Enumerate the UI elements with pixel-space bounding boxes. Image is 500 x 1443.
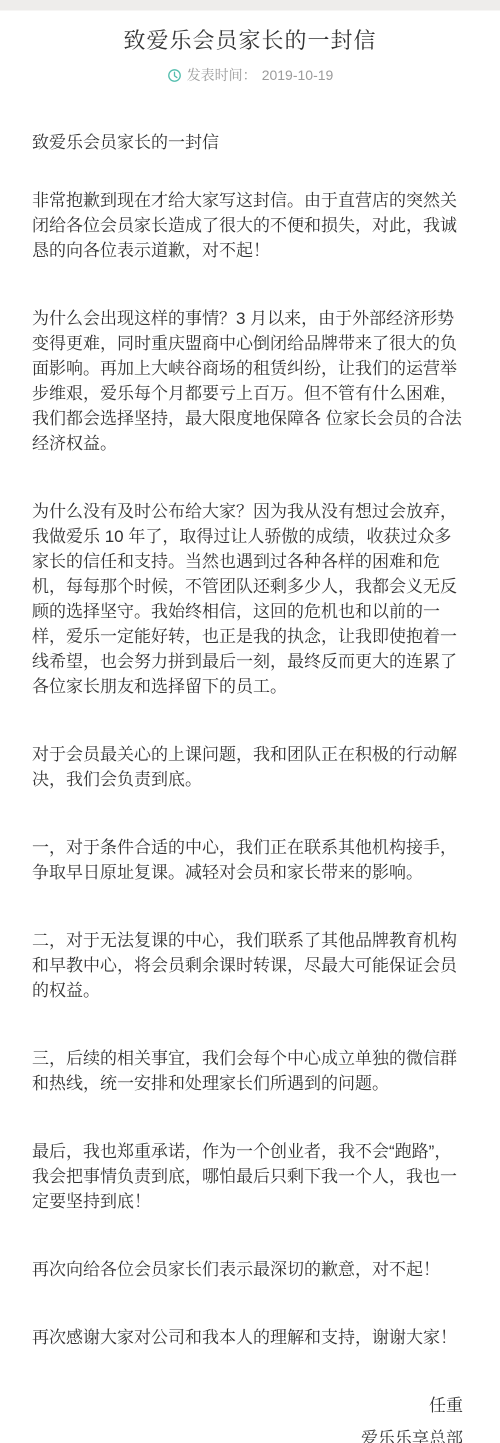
letter-paragraph: 最后，我也郑重承诺，作为一个创业者，我不会“跑路”，我会把事情负责到底，哪怕最后… bbox=[32, 1139, 463, 1214]
letter-paragraph: 对于会员最关心的上课问题，我和团队正在积极的行动解决，我们会负责到底。 bbox=[32, 742, 463, 792]
letter-paragraph: 为什么会出现这样的事情？3 月以来，由于外部经济形势变得更难，同时重庆盟商中心倒… bbox=[32, 306, 463, 456]
letter-paragraph: 一，对于条件合适的中心，我们正在联系其他机构接手，争取早日原址复课。减轻对会员和… bbox=[32, 835, 463, 885]
letter-paragraph: 非常抱歉到现在才给大家写这封信。由于直营店的突然关闭给各位会员家长造成了很大的不… bbox=[32, 188, 463, 263]
clock-icon bbox=[167, 68, 182, 83]
publish-meta: 发表时间： 2019-10-19 bbox=[0, 65, 500, 85]
letter-paragraph: 三，后续的相关事宜，我们会每个中心成立单独的微信群和热线，统一安排和处理家长们所… bbox=[32, 1046, 463, 1096]
letter-paragraph: 再次感谢大家对公司和我本人的理解和支持，谢谢大家！ bbox=[32, 1325, 463, 1350]
signature-org: 爱乐乐享总部 bbox=[32, 1426, 463, 1443]
signature-name: 任重 bbox=[32, 1393, 463, 1418]
letter-paragraph: 为什么没有及时公布给大家？因为我从没有想过会放弃，我做爱乐 10 年了，取得过让… bbox=[32, 499, 463, 699]
publish-time-label: 发表时间： bbox=[187, 65, 257, 85]
letter-header: 致爱乐会员家长的一封信 发表时间： 2019-10-19 bbox=[0, 26, 500, 85]
letter-body: 致爱乐会员家长的一封信 非常抱歉到现在才给大家写这封信。由于直营店的突然关闭给各… bbox=[0, 130, 500, 1443]
page-title: 致爱乐会员家长的一封信 bbox=[0, 26, 500, 56]
publish-time-value: 2019-10-19 bbox=[262, 67, 334, 83]
letter-paragraph: 再次向给各位会员家长们表示最深切的歉意，对不起！ bbox=[32, 1257, 463, 1282]
top-divider bbox=[0, 0, 500, 11]
letter-page: 致爱乐会员家长的一封信 发表时间： 2019-10-19 致爱乐会员家长的一封信… bbox=[0, 0, 500, 1443]
letter-paragraph: 致爱乐会员家长的一封信 bbox=[32, 130, 463, 155]
letter-paragraph: 二，对于无法复课的中心，我们联系了其他品牌教育机构和早教中心，将会员剩余课时转课… bbox=[32, 928, 463, 1003]
